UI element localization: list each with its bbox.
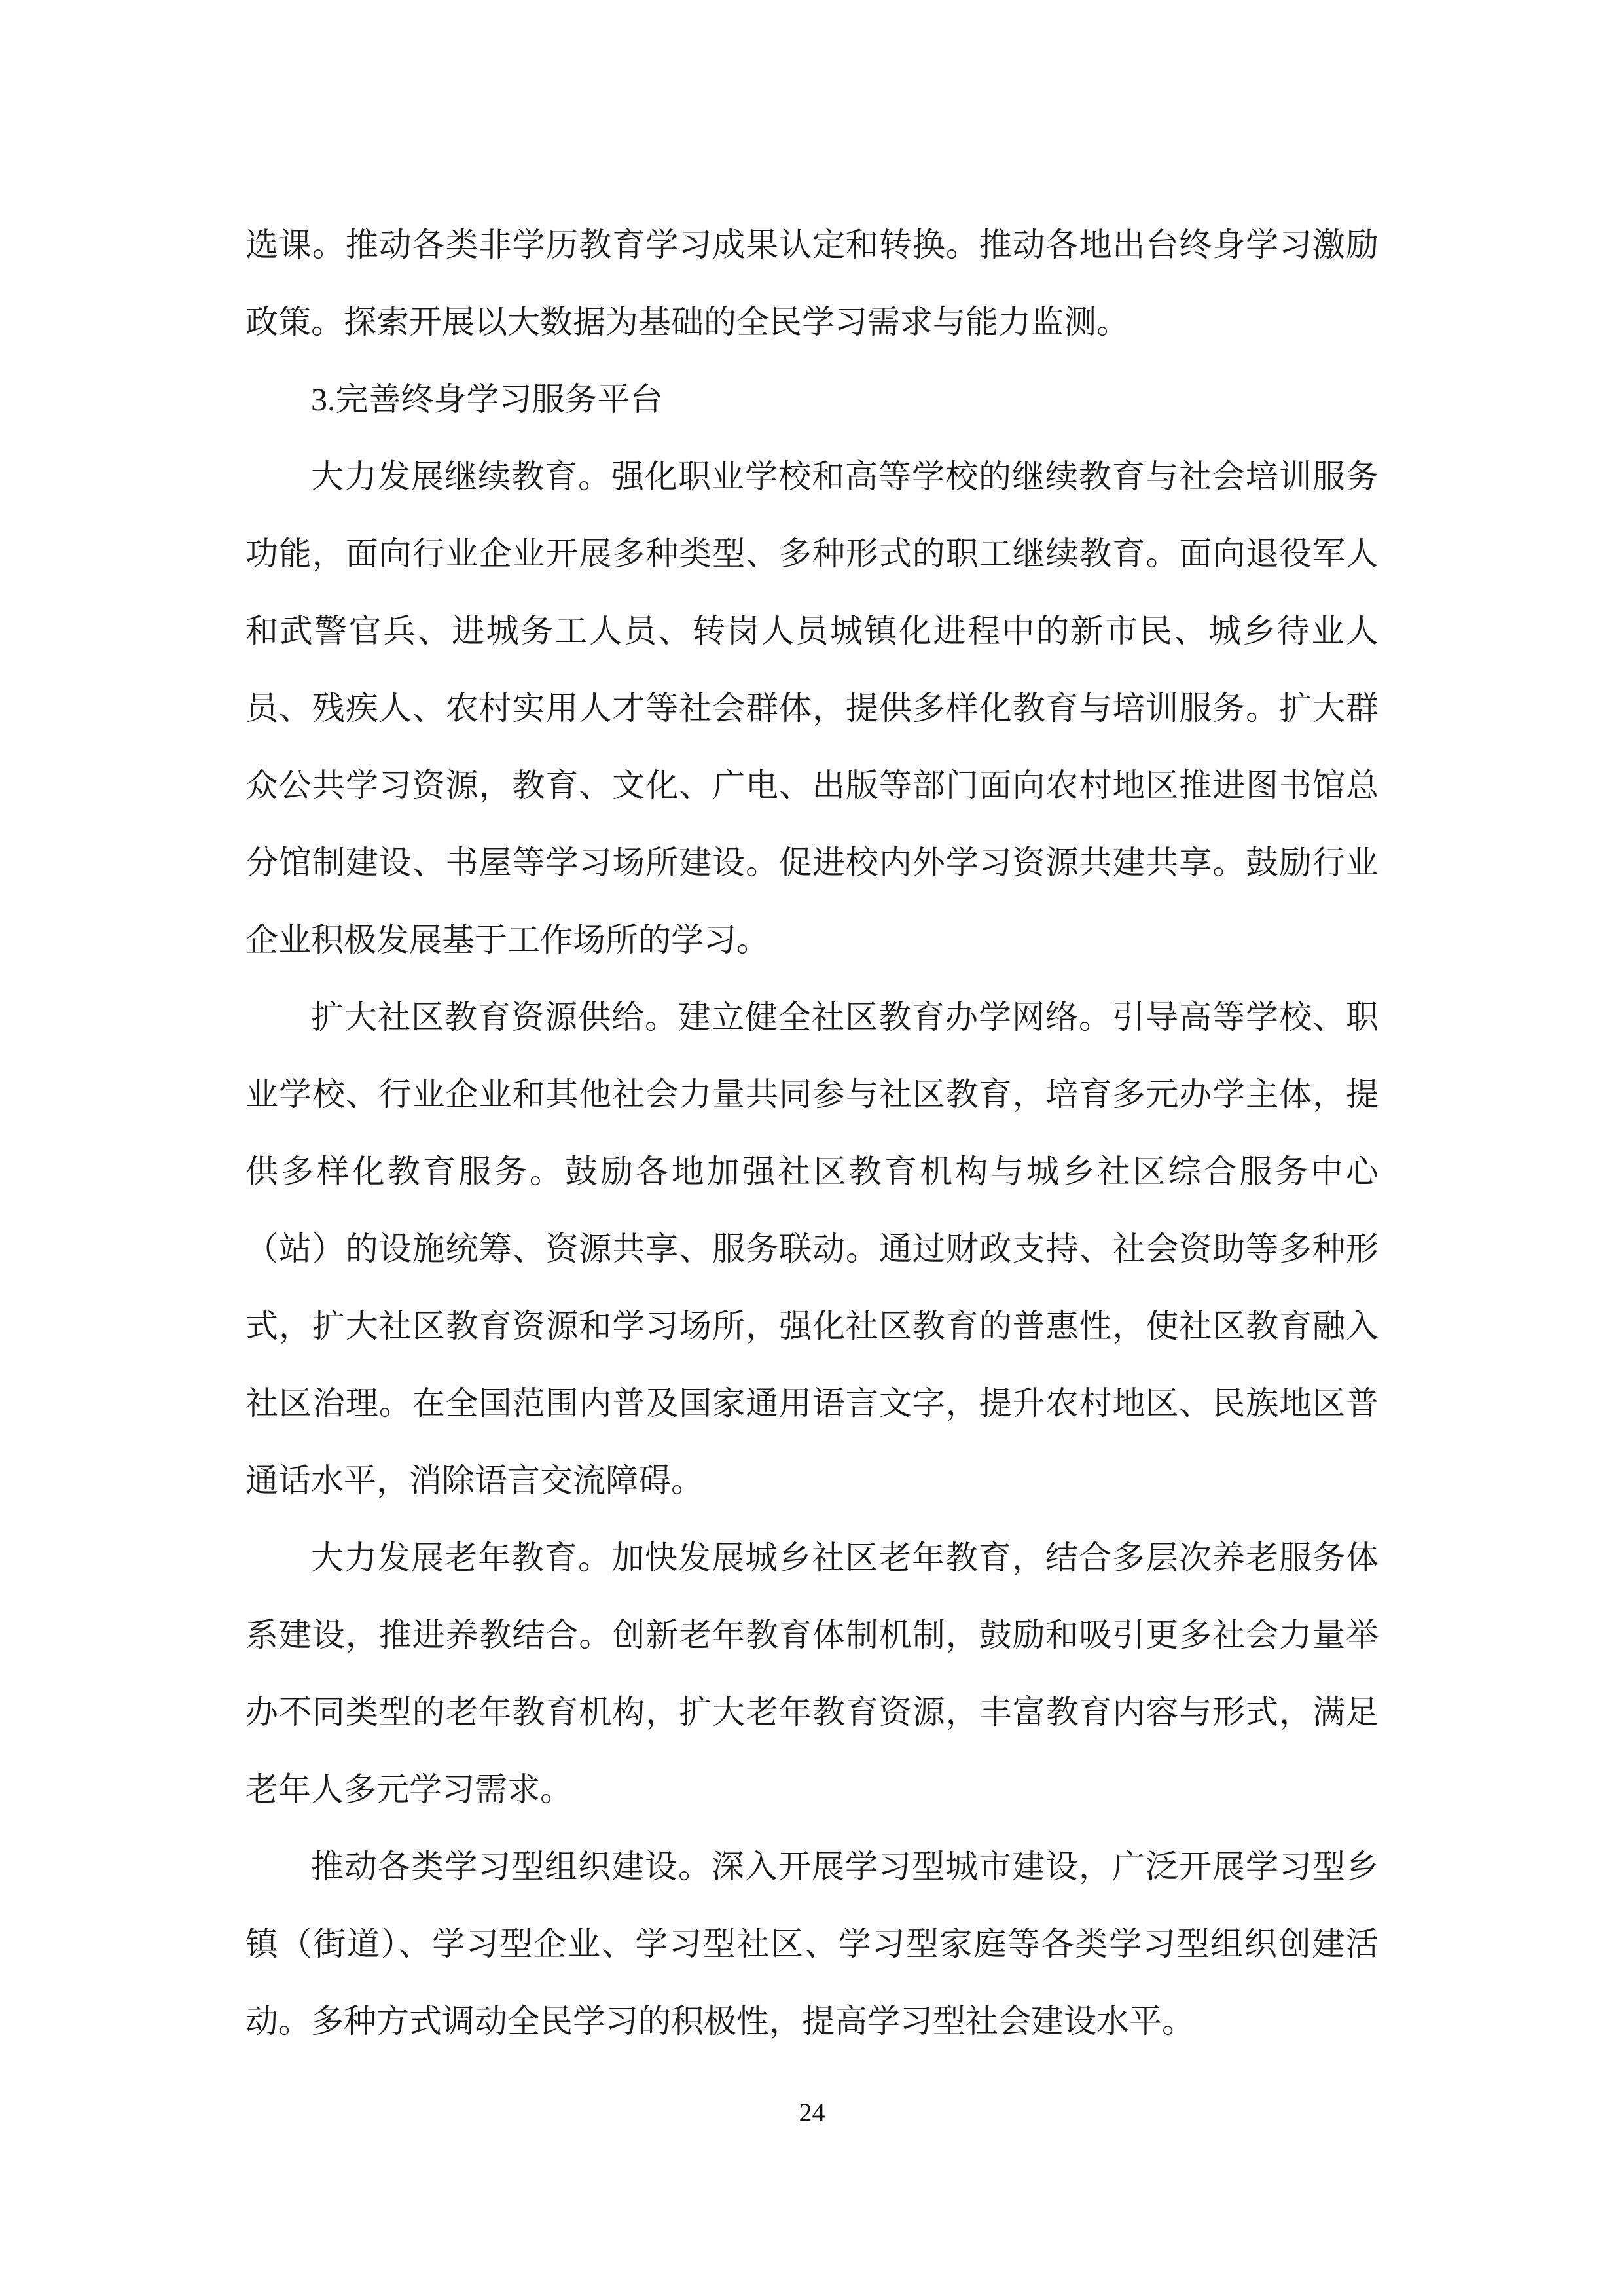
text-line: （站）的设施统筹、资源共享、服务联动。通过财政支持、社会资助等多种形 (245, 1210, 1379, 1287)
paragraph-2: 大力发展继续教育。强化职业学校和高等学校的继续教育与社会培训服务功能，面向行业企… (245, 438, 1379, 978)
paragraph-5: 推动各类学习型组织建设。深入开展学习型城市建设，广泛开展学习型乡镇（街道）、学习… (245, 1828, 1379, 2060)
text-line: 通话水平，消除语言交流障碍。 (245, 1442, 1379, 1519)
text-line: 动。多种方式调动全民学习的积极性，提高学习型社会建设水平。 (245, 1982, 1379, 2060)
section-heading: 3.完善终身学习服务平台 (245, 361, 1379, 438)
text-line: 老年人多元学习需求。 (245, 1751, 1379, 1828)
text-line: 供多样化教育服务。鼓励各地加强社区教育机构与城乡社区综合服务中心 (245, 1133, 1379, 1210)
text-line: 式，扩大社区教育资源和学习场所，强化社区教育的普惠性，使社区教育融入 (245, 1287, 1379, 1365)
paragraph-0: 选课。推动各类非学历教育学习成果认定和转换。推动各地出台终身学习激励政策。探索开… (245, 206, 1379, 361)
text-line: 推动各类学习型组织建设。深入开展学习型城市建设，广泛开展学习型乡 (245, 1828, 1379, 1905)
text-line: 员、残疾人、农村实用人才等社会群体，提供多样化教育与培训服务。扩大群 (245, 670, 1379, 747)
text-line: 和武警官兵、进城务工人员、转岗人员城镇化进程中的新市民、城乡待业人 (245, 592, 1379, 670)
text-line: 政策。探索开展以大数据为基础的全民学习需求与能力监测。 (245, 283, 1379, 361)
text-line: 大力发展继续教育。强化职业学校和高等学校的继续教育与社会培训服务 (245, 438, 1379, 515)
text-line: 企业积极发展基于工作场所的学习。 (245, 901, 1379, 978)
text-body: 选课。推动各类非学历教育学习成果认定和转换。推动各地出台终身学习激励政策。探索开… (245, 206, 1379, 2060)
paragraph-3: 扩大社区教育资源供给。建立健全社区教育办学网络。引导高等学校、职业学校、行业企业… (245, 978, 1379, 1519)
document-page: 选课。推动各类非学历教育学习成果认定和转换。推动各地出台终身学习激励政策。探索开… (0, 0, 1624, 2296)
text-line: 选课。推动各类非学历教育学习成果认定和转换。推动各地出台终身学习激励 (245, 206, 1379, 283)
paragraph-4: 大力发展老年教育。加快发展城乡社区老年教育，结合多层次养老服务体系建设，推进养教… (245, 1519, 1379, 1828)
text-line: 系建设，推进养教结合。创新老年教育体制机制，鼓励和吸引更多社会力量举 (245, 1596, 1379, 1674)
text-line: 3.完善终身学习服务平台 (245, 361, 1379, 438)
text-line: 扩大社区教育资源供给。建立健全社区教育办学网络。引导高等学校、职 (245, 978, 1379, 1056)
text-line: 分馆制建设、书屋等学习场所建设。促进校内外学习资源共建共享。鼓励行业 (245, 824, 1379, 901)
text-line: 镇（街道）、学习型企业、学习型社区、学习型家庭等各类学习型组织创建活 (245, 1905, 1379, 1982)
page-number: 24 (0, 2096, 1624, 2129)
text-line: 办不同类型的老年教育机构，扩大老年教育资源，丰富教育内容与形式，满足 (245, 1674, 1379, 1751)
text-line: 众公共学习资源，教育、文化、广电、出版等部门面向农村地区推进图书馆总 (245, 747, 1379, 824)
text-line: 业学校、行业企业和其他社会力量共同参与社区教育，培育多元办学主体，提 (245, 1056, 1379, 1133)
text-line: 社区治理。在全国范围内普及国家通用语言文字，提升农村地区、民族地区普 (245, 1365, 1379, 1442)
text-line: 大力发展老年教育。加快发展城乡社区老年教育，结合多层次养老服务体 (245, 1519, 1379, 1596)
text-line: 功能，面向行业企业开展多种类型、多种形式的职工继续教育。面向退役军人 (245, 515, 1379, 592)
